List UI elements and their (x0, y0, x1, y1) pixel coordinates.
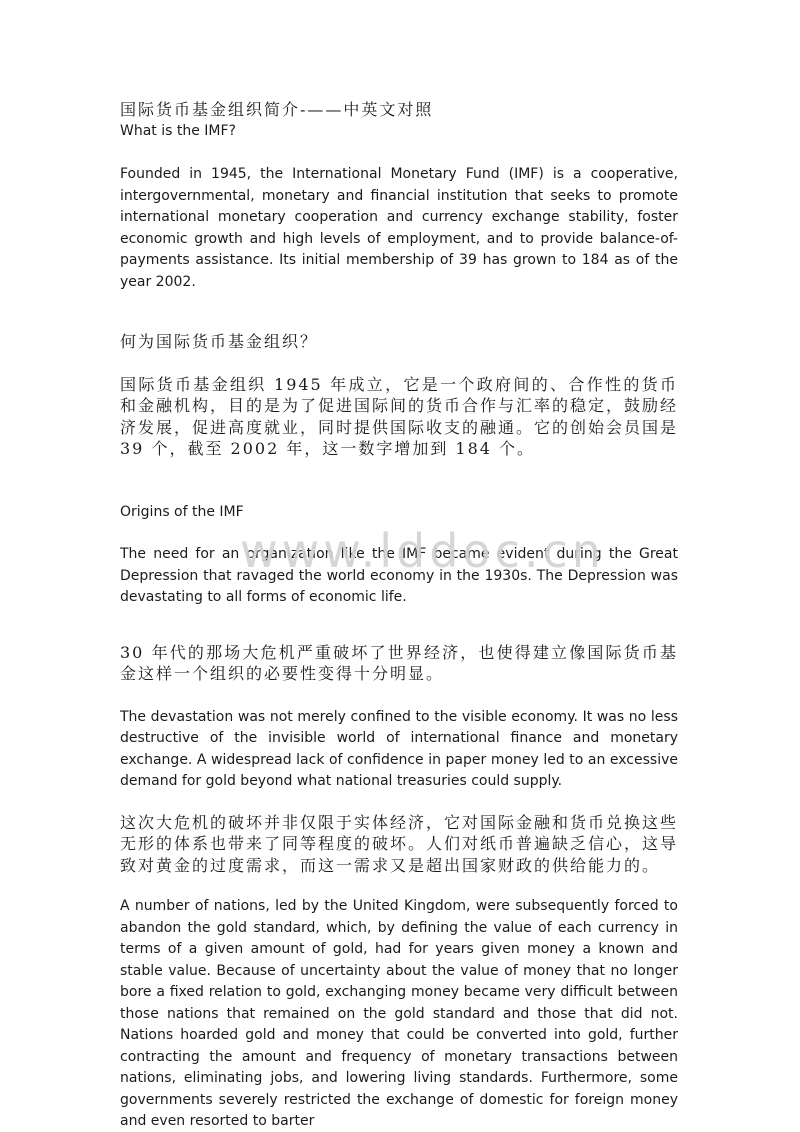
heading-zh-what-is-imf: 何为国际货币基金组织？ (120, 331, 678, 353)
doc-title-zh: 国际货币基金组织简介-——中英文对照 (120, 99, 678, 121)
document-page: www.lddoc.cn 国际货币基金组织简介-——中英文对照 What is … (0, 0, 800, 1132)
document-content: 国际货币基金组织简介-——中英文对照 What is the IMF? Foun… (120, 99, 678, 1132)
paragraph-en-gold-standard: A number of nations, led by the United K… (120, 896, 678, 1132)
paragraph-zh-1930s-crisis: 30 年代的那场大危机严重破坏了世界经济，也使得建立像国际货币基金这样一个组织的… (120, 642, 678, 685)
paragraph-en-devastation: The devastation was not merely confined … (120, 707, 678, 793)
paragraph-en-great-depression: The need for an organization like the IM… (120, 544, 678, 609)
heading-what-is-the-imf: What is the IMF? (120, 121, 678, 143)
paragraph-en-founded-1945: Founded in 1945, the International Monet… (120, 164, 678, 293)
heading-origins-of-the-imf: Origins of the IMF (120, 502, 678, 524)
paragraph-zh-imf-intro: 国际货币基金组织 1945 年成立，它是一个政府间的、合作性的货币和金融机构，目… (120, 374, 678, 460)
paragraph-zh-crisis-damage: 这次大危机的破坏并非仅限于实体经济，它对国际金融和货币兑换这些无形的体系也带来了… (120, 812, 678, 877)
